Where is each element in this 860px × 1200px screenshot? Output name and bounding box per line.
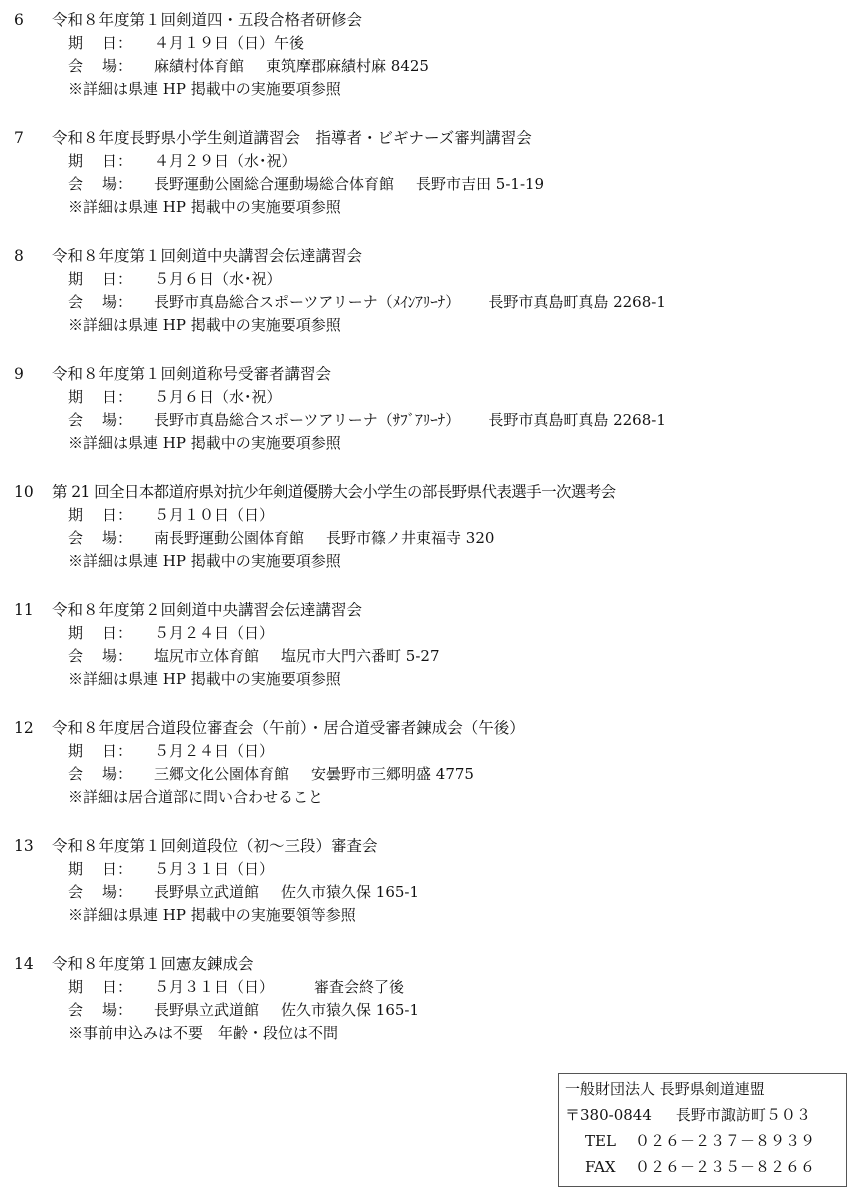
event-number: 11: [14, 598, 48, 622]
event-venue: 塩尻市立体育館: [154, 647, 259, 665]
event-venue-line: 会場：長野運動公園総合運動場総合体育館長野市吉田 5-1-19: [68, 173, 544, 195]
event-title: 第 21 回全日本都道府県対抗少年剣道優勝大会小学生の部長野県代表選手一次選考会: [52, 480, 616, 504]
event-address: 東筑摩郡麻績村麻 8425: [266, 57, 429, 75]
event-note: ※詳細は県連 HP 掲載中の実施要項参照: [68, 668, 341, 690]
date-label: 期日：: [68, 976, 154, 998]
event-item: 14 令和８年度第１回憲友錬成会 期日：５月３１日（日）審査会終了後 会場：長野…: [0, 952, 860, 1070]
event-venue-line: 会場：三郷文化公園体育館安曇野市三郷明盛 4775: [68, 763, 474, 785]
venue-label: 会場：: [68, 55, 154, 77]
event-address: 安曇野市三郷明盛 4775: [311, 765, 474, 783]
contact-fax-line: FAX０２６－２３５－８２６６: [565, 1155, 846, 1181]
event-number: 7: [14, 126, 48, 150]
event-item: 11 令和８年度第２回剣道中央講習会伝達講習会 期日：５月２４日（日） 会場：塩…: [0, 598, 860, 716]
event-address: 塩尻市大門六番町 5-27: [281, 647, 439, 665]
event-date-line: 期日：４月２９日（水･祝）: [68, 150, 297, 172]
event-item: 8 令和８年度第１回剣道中央講習会伝達講習会 期日：５月６日（水･祝） 会場：長…: [0, 244, 860, 362]
event-number: 13: [14, 834, 48, 858]
date-label: 期日：: [68, 386, 154, 408]
event-item: 10 第 21 回全日本都道府県対抗少年剣道優勝大会小学生の部長野県代表選手一次…: [0, 480, 860, 598]
event-date: ５月３１日（日）: [154, 860, 274, 878]
event-venue: 長野県立武道館: [154, 1001, 259, 1019]
event-venue-line: 会場：麻績村体育館東筑摩郡麻績村麻 8425: [68, 55, 429, 77]
event-item: 6 令和８年度第１回剣道四・五段合格者研修会 期日：４月１９日（日）午後 会場：…: [0, 8, 860, 126]
venue-label: 会場：: [68, 645, 154, 667]
tel-label: TEL: [585, 1129, 635, 1154]
event-title: 令和８年度第１回剣道四・五段合格者研修会: [52, 8, 362, 32]
event-title: 令和８年度第１回剣道段位（初～三段）審査会: [52, 834, 378, 858]
event-list: 6 令和８年度第１回剣道四・五段合格者研修会 期日：４月１９日（日）午後 会場：…: [0, 8, 860, 1070]
event-venue: 長野市真島総合スポーツアリーナ（ﾒｲﾝｱﾘｰﾅ）: [154, 293, 460, 311]
event-number: 10: [14, 480, 48, 504]
event-item: 12 令和８年度居合道段位審査会（午前）・居合道受審者錬成会（午後） 期日：５月…: [0, 716, 860, 834]
event-number: 6: [14, 8, 48, 32]
event-item: 7 令和８年度長野県小学生剣道講習会 指導者・ビギナーズ審判講習会 期日：４月２…: [0, 126, 860, 244]
event-date-line: 期日：５月６日（水･祝）: [68, 268, 282, 290]
event-note: ※詳細は県連 HP 掲載中の実施要項参照: [68, 550, 341, 572]
venue-label: 会場：: [68, 527, 154, 549]
event-venue-line: 会場：塩尻市立体育館塩尻市大門六番町 5-27: [68, 645, 439, 667]
event-note: ※詳細は県連 HP 掲載中の実施要領等参照: [68, 904, 356, 926]
contact-postal: 〒380-0844: [565, 1106, 652, 1124]
venue-label: 会場：: [68, 291, 154, 313]
event-venue-line: 会場：南長野運動公園体育館長野市篠ノ井東福寺 320: [68, 527, 494, 549]
venue-label: 会場：: [68, 881, 154, 903]
event-address: 長野市真島町真島 2268-1: [488, 293, 666, 311]
contact-address: 長野市諏訪町５０３: [676, 1106, 811, 1124]
event-date: ５月２４日（日）: [154, 624, 274, 642]
event-address: 佐久市猿久保 165-1: [281, 883, 419, 901]
event-date: ５月３１日（日）: [154, 978, 274, 996]
contact-tel-line: TEL０２６－２３７－８９３９: [565, 1129, 846, 1155]
event-date: ４月１９日（日）午後: [154, 34, 304, 52]
event-item: 13 令和８年度第１回剣道段位（初～三段）審査会 期日：５月３１日（日） 会場：…: [0, 834, 860, 952]
event-title: 令和８年度第１回剣道称号受審者講習会: [52, 362, 331, 386]
date-label: 期日：: [68, 268, 154, 290]
event-venue: 三郷文化公園体育館: [154, 765, 289, 783]
event-venue: 麻績村体育館: [154, 57, 244, 75]
event-date: ５月６日（水･祝）: [154, 270, 282, 288]
venue-label: 会場：: [68, 999, 154, 1021]
date-label: 期日：: [68, 622, 154, 644]
event-title: 令和８年度居合道段位審査会（午前）・居合道受審者錬成会（午後）: [52, 716, 525, 740]
event-date: ５月６日（水･祝）: [154, 388, 282, 406]
event-venue-line: 会場：長野市真島総合スポーツアリーナ（ﾒｲﾝｱﾘｰﾅ）長野市真島町真島 2268…: [68, 291, 666, 313]
event-number: 14: [14, 952, 48, 976]
event-title: 令和８年度第１回憲友錬成会: [52, 952, 254, 976]
contact-box: 一般財団法人 長野県剣道連盟 〒380-0844長野市諏訪町５０３ TEL０２６…: [558, 1073, 847, 1187]
event-date-line: 期日：５月３１日（日）審査会終了後: [68, 976, 404, 998]
event-address: 佐久市猿久保 165-1: [281, 1001, 419, 1019]
date-label: 期日：: [68, 504, 154, 526]
event-venue-line: 会場：長野県立武道館佐久市猿久保 165-1: [68, 881, 419, 903]
fax-label: FAX: [585, 1155, 635, 1180]
event-address: 長野市吉田 5-1-19: [416, 175, 544, 193]
event-note: ※詳細は居合道部に問い合わせること: [68, 786, 323, 808]
event-date-line: 期日：５月６日（水･祝）: [68, 386, 282, 408]
tel-number: ０２６－２３７－８９３９: [635, 1132, 815, 1150]
event-title: 令和８年度第１回剣道中央講習会伝達講習会: [52, 244, 362, 268]
event-number: 8: [14, 244, 48, 268]
event-number: 9: [14, 362, 48, 386]
event-venue: 長野運動公園総合運動場総合体育館: [154, 175, 394, 193]
event-note: ※詳細は県連 HP 掲載中の実施要項参照: [68, 432, 341, 454]
event-title: 令和８年度長野県小学生剣道講習会 指導者・ビギナーズ審判講習会: [52, 126, 532, 150]
event-venue: 長野県立武道館: [154, 883, 259, 901]
contact-organization: 一般財団法人 長野県剣道連盟: [565, 1077, 846, 1103]
event-date-line: 期日：５月１０日（日）: [68, 504, 274, 526]
event-date: ４月２９日（水･祝）: [154, 152, 297, 170]
event-date-line: 期日：５月３１日（日）: [68, 858, 274, 880]
event-number: 12: [14, 716, 48, 740]
venue-label: 会場：: [68, 173, 154, 195]
event-date-line: 期日：５月２４日（日）: [68, 740, 274, 762]
event-note: ※詳細は県連 HP 掲載中の実施要項参照: [68, 314, 341, 336]
event-date-line: 期日：４月１９日（日）午後: [68, 32, 304, 54]
event-venue: 南長野運動公園体育館: [154, 529, 304, 547]
venue-label: 会場：: [68, 409, 154, 431]
date-label: 期日：: [68, 740, 154, 762]
fax-number: ０２６－２３５－８２６６: [635, 1158, 815, 1176]
event-note: ※事前申込みは不要 年齢・段位は不問: [68, 1022, 338, 1044]
event-item: 9 令和８年度第１回剣道称号受審者講習会 期日：５月６日（水･祝） 会場：長野市…: [0, 362, 860, 480]
event-date-extra: 審査会終了後: [314, 978, 404, 996]
event-venue-line: 会場：長野市真島総合スポーツアリーナ（ｻﾌﾞｱﾘｰﾅ）長野市真島町真島 2268…: [68, 409, 666, 431]
event-venue: 長野市真島総合スポーツアリーナ（ｻﾌﾞｱﾘｰﾅ）: [154, 411, 460, 429]
event-title: 令和８年度第２回剣道中央講習会伝達講習会: [52, 598, 362, 622]
date-label: 期日：: [68, 32, 154, 54]
event-address: 長野市真島町真島 2268-1: [488, 411, 666, 429]
date-label: 期日：: [68, 150, 154, 172]
date-label: 期日：: [68, 858, 154, 880]
event-date: ５月２４日（日）: [154, 742, 274, 760]
event-date: ５月１０日（日）: [154, 506, 274, 524]
venue-label: 会場：: [68, 763, 154, 785]
event-note: ※詳細は県連 HP 掲載中の実施要項参照: [68, 196, 341, 218]
event-address: 長野市篠ノ井東福寺 320: [326, 529, 494, 547]
event-date-line: 期日：５月２４日（日）: [68, 622, 274, 644]
contact-address-line: 〒380-0844長野市諏訪町５０３: [565, 1103, 846, 1129]
event-note: ※詳細は県連 HP 掲載中の実施要項参照: [68, 78, 341, 100]
event-venue-line: 会場：長野県立武道館佐久市猿久保 165-1: [68, 999, 419, 1021]
